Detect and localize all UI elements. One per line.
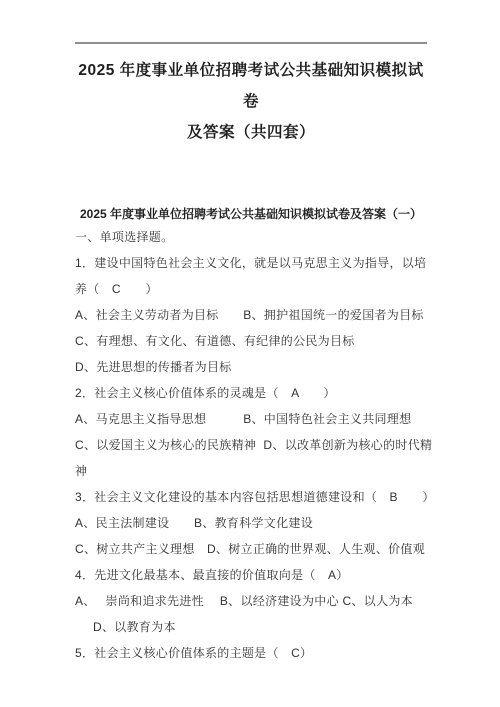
question-3-stem: 3．社会主义文化建设的基本内容包括思想道德建设和（ B ） bbox=[75, 484, 427, 510]
question-2-options-cd-line-2: 神 bbox=[75, 458, 427, 484]
question-3-options-cd: C、树立共产主义理想 D、树立正确的世界观、人生观、价值观 bbox=[75, 536, 427, 562]
question-1-option-d: D、先进思想的传播者为目标 bbox=[75, 354, 427, 380]
question-4-options-abc: A、 崇尚和追求先进性 B、以经济建设为中心 C、以人为本 bbox=[75, 588, 427, 614]
title-divider-line bbox=[75, 42, 427, 44]
question-3-options-ab: A、民主法制建设 B、教育科学文化建设 bbox=[75, 510, 427, 536]
question-2-stem: 2．社会主义核心价值体系的灵魂是（ A ） bbox=[75, 380, 427, 406]
question-1-options-ab: A、社会主义劳动者为目标 B、拥护祖国统一的爱国者为目标 bbox=[75, 302, 427, 328]
document-title-line-2: 及答案（共四套） bbox=[75, 117, 427, 148]
question-1-stem-line-1: 1．建设中国特色社会主义文化，就是以马克思主义为指导，以培 bbox=[75, 250, 427, 276]
question-4-option-d: D、以教育为本 bbox=[75, 614, 427, 640]
document-page: 2025 年度事业单位招聘考试公共基础知识模拟试卷 及答案（共四套） 2025 … bbox=[0, 0, 500, 707]
question-1-option-c: C、有理想、有文化、有道德、有纪律的公民为目标 bbox=[75, 328, 427, 354]
question-1-stem-line-2: 养（ C ） bbox=[75, 276, 427, 302]
question-4-stem: 4．先进文化最基本、最直接的价值取向是（ A） bbox=[75, 562, 427, 588]
document-title-line-1: 2025 年度事业单位招聘考试公共基础知识模拟试卷 bbox=[75, 55, 427, 117]
question-2-options-cd-line-1: C、以爱国主义为核心的民族精神 D、以改革创新为核心的时代精 bbox=[75, 432, 427, 458]
question-5-stem: 5．社会主义核心价值体系的主题是（ C） bbox=[75, 640, 427, 666]
document-body: 一、单项选择题。 1．建设中国特色社会主义文化，就是以马克思主义为指导，以培 养… bbox=[75, 224, 427, 666]
document-title: 2025 年度事业单位招聘考试公共基础知识模拟试卷 及答案（共四套） bbox=[75, 55, 427, 148]
section-label: 一、单项选择题。 bbox=[75, 224, 427, 250]
question-2-options-ab: A、马克思主义指导思想 B、中国特色社会主义共同理想 bbox=[75, 406, 427, 432]
paper-heading: 2025 年度事业单位招聘考试公共基础知识模拟试卷及答案（一） bbox=[75, 204, 427, 224]
